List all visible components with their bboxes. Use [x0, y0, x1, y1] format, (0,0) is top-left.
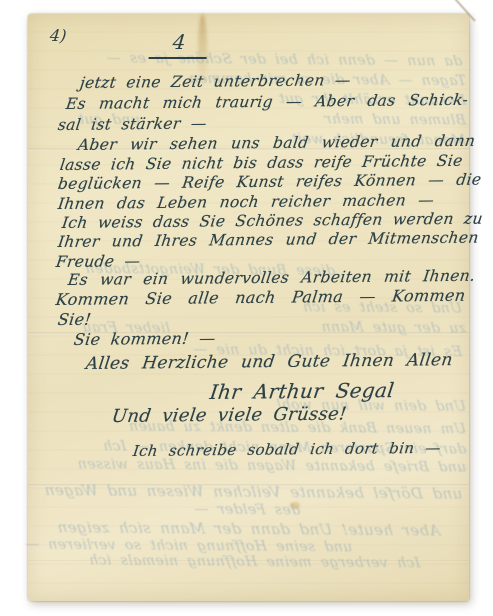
letter-page: da nun — denn ich bei der Schöne ja es —… [28, 14, 469, 601]
handwritten-line: Kommen Sie alle nach Palma — Kommen [55, 286, 467, 309]
bleed-through-line: Aber heute! Und dann der Mann sich zeige… [56, 518, 441, 539]
handwritten-line: Ich schreibe sobald ich dort bin — [132, 439, 442, 460]
corner-fold-line [442, 0, 476, 22]
scan-background: da nun — denn ich bei der Schöne ja es —… [0, 0, 493, 616]
handwritten-line: Aber wir sehen uns bald wieder und dann [77, 132, 477, 154]
fold-crease [28, 560, 469, 562]
handwritten-line: Alles Herzliche und Gute Ihnen Allen [85, 350, 454, 374]
fold-crease [28, 484, 469, 487]
handwritten-line: sal ist stärker — [57, 114, 208, 134]
bleed-through-line: des Felder — [193, 502, 301, 519]
handwritten-line: beglücken — Reife Kunst reifes Können — … [57, 171, 483, 193]
handwritten-line: Und viele viele Grüsse! [111, 404, 348, 427]
bleed-through-line: Ich verberge meine Hoffnung niemals ich [88, 553, 421, 572]
handwritten-line: Sie kommen! — [73, 329, 217, 349]
handwritten-line: Sie! [57, 310, 93, 329]
bleed-through-line: zu der gute Mann [320, 319, 467, 336]
page-number: 4 [148, 30, 209, 59]
bleed-through-line: und Dörfel bekannte Veilchen Wiesen und … [43, 481, 463, 503]
handwritten-line: Es macht mich traurig — Aber das Schick- [65, 91, 470, 113]
paper-spot [290, 502, 300, 509]
page-corner-label: 4) [49, 26, 67, 45]
signature-line: Ihr Arthur Segal [208, 378, 395, 404]
handwritten-line: Freude — [55, 252, 142, 271]
handwritten-line: Ihrer und Ihres Mannes und der Mitmensch… [57, 229, 480, 251]
handwritten-line: jetzt eine Zeit unterbrechen — [79, 71, 352, 92]
bleed-through-line: Blumen und mehr [323, 111, 467, 128]
bleed-through-line: und seine Hoffnung nicht so verlieren — [24, 537, 353, 556]
